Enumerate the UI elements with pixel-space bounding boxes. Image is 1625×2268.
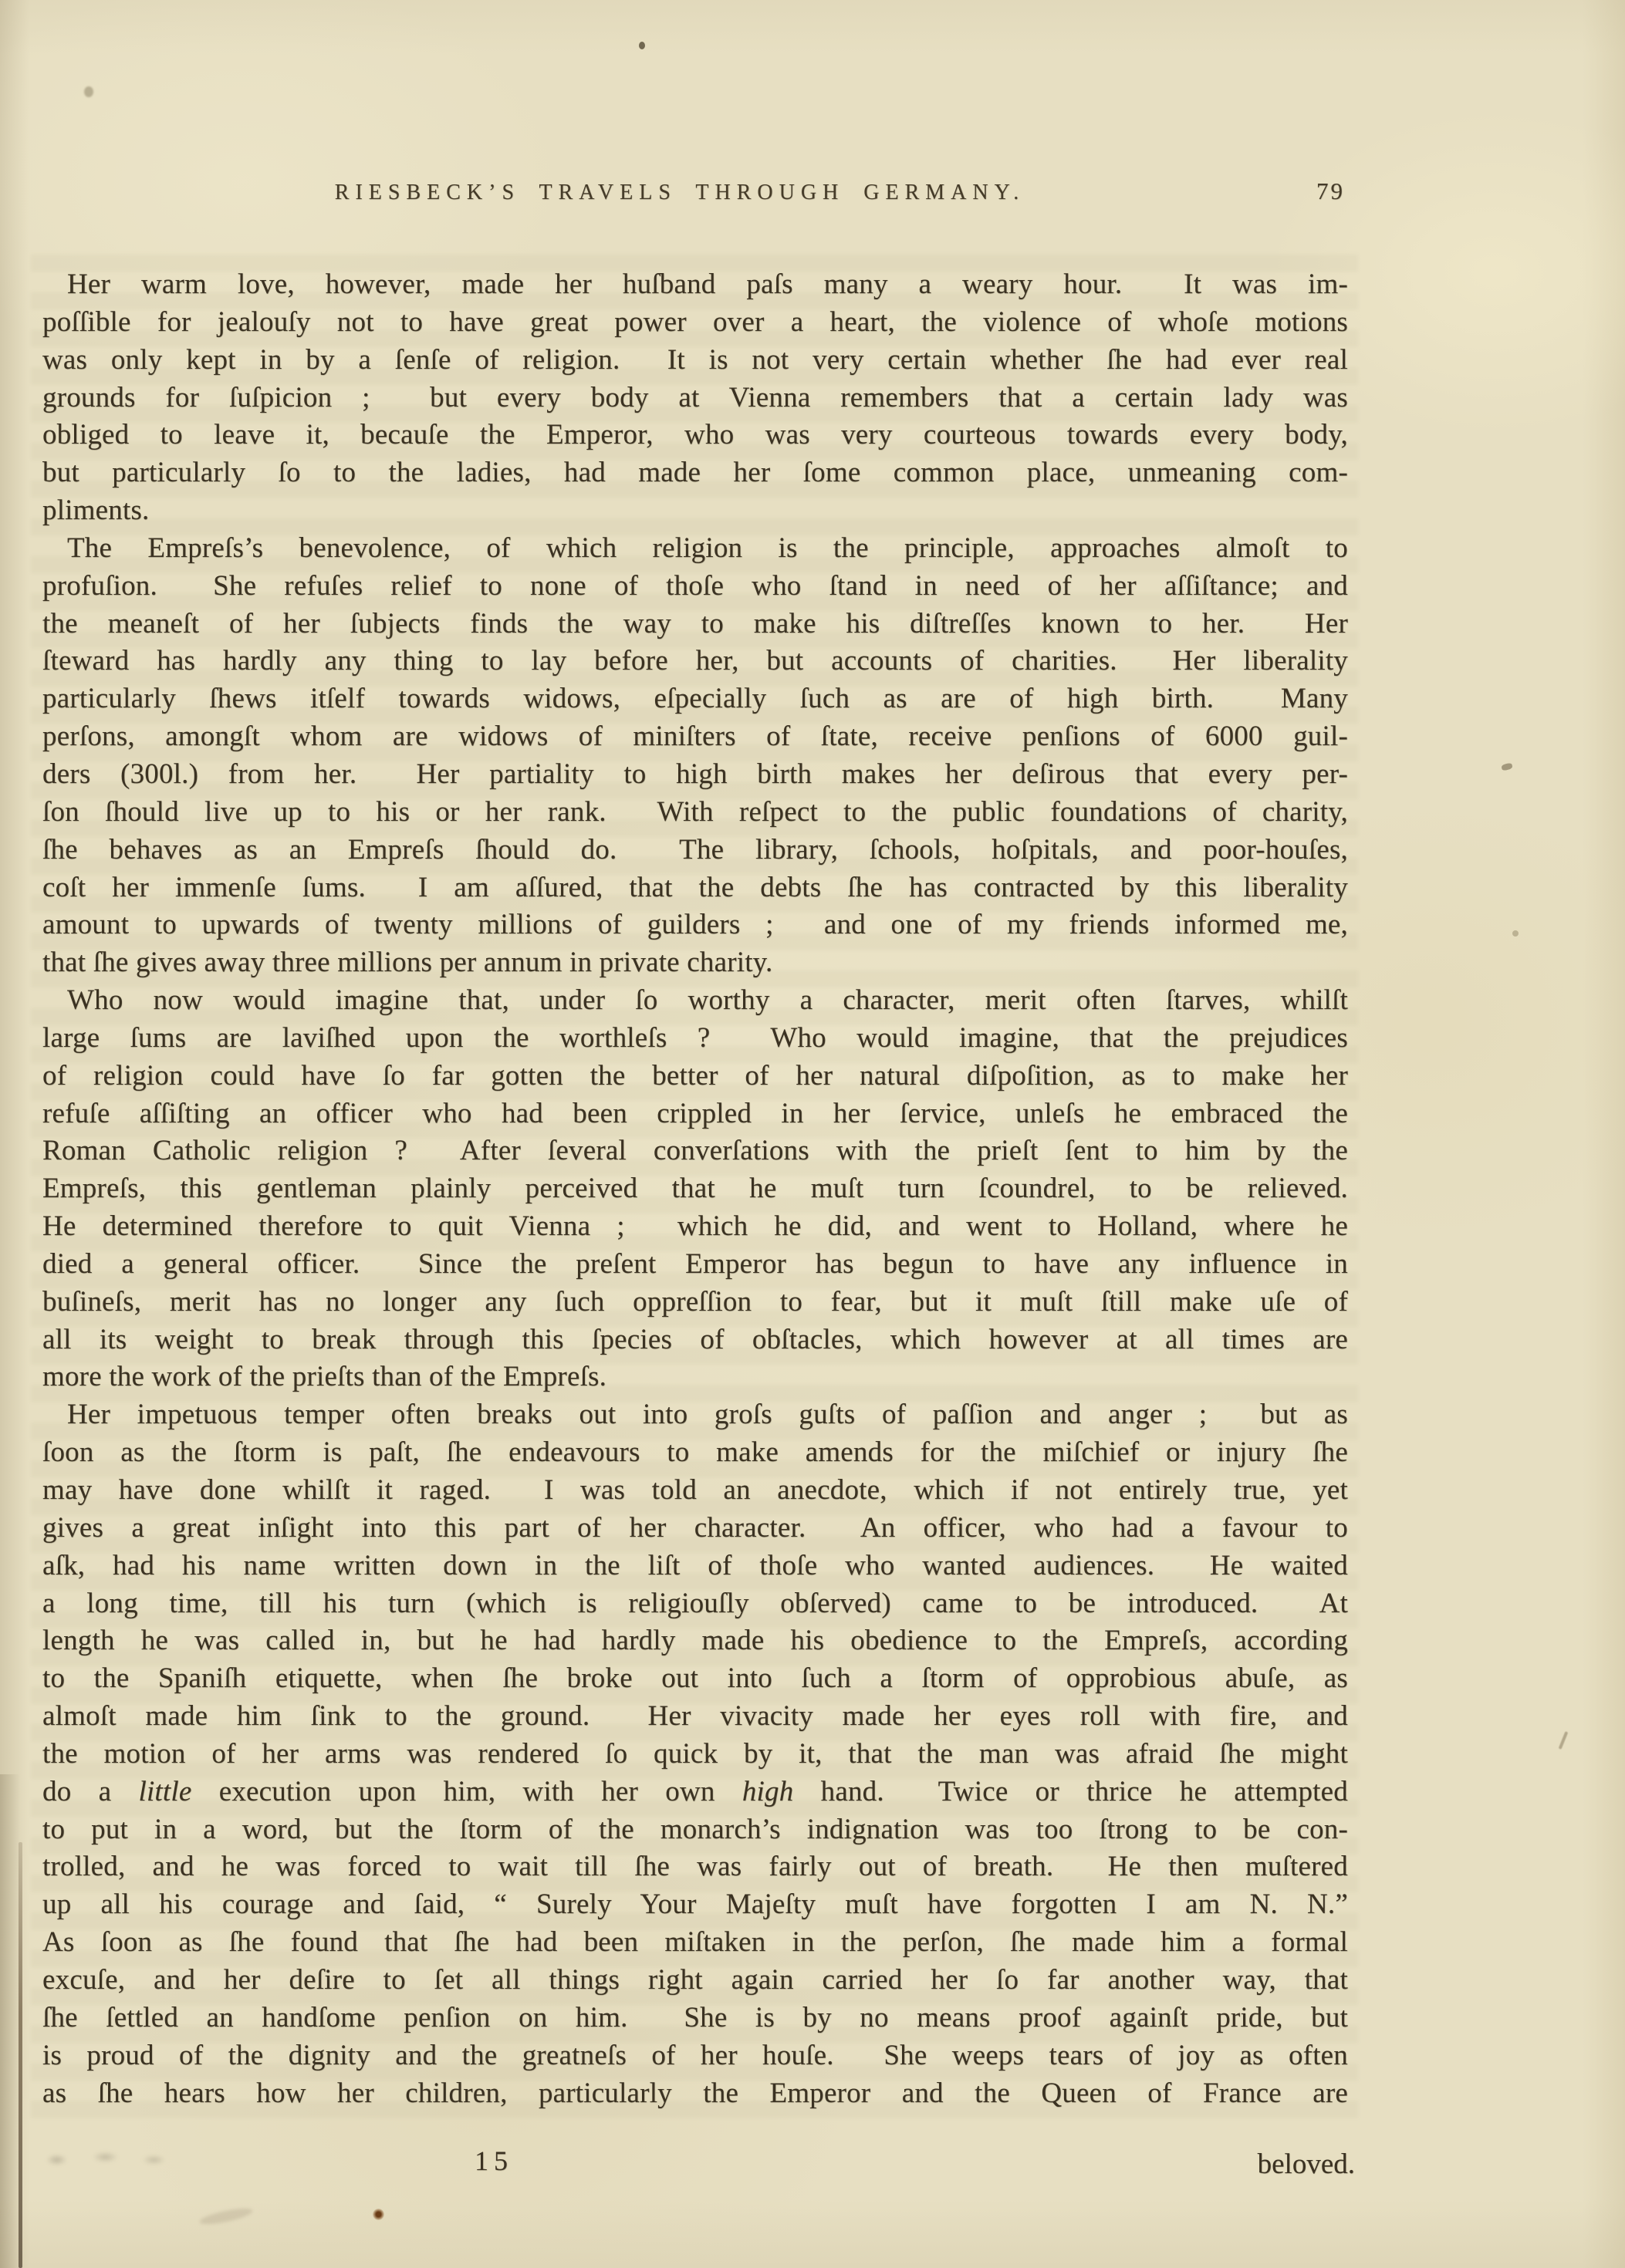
text-run: grounds for ſuſpicion ; but every body a… [42,382,1348,413]
header-title: RIESBECK’S TRAVELS THROUGH GERMANY. [42,181,1317,205]
text-line: to the Spaniſh etiquette, when ſhe broke… [42,1660,1348,1698]
text-run: up all his courage and ſaid, “ Surely Yo… [42,1888,1348,1920]
margin-speck [1512,930,1519,937]
text-run: refuſe aſſiſting an officer who had been… [42,1098,1348,1129]
smudge [198,2206,253,2227]
text-run: a long time, till his turn (which is rel… [42,1588,1348,1619]
text-run: ſhe ſettled an handſome penſion on him. … [42,2002,1348,2033]
text-run: length he was called in, but he had hard… [42,1625,1348,1656]
text-line: buſineſs, merit has no longer any ſuch o… [42,1284,1348,1321]
text-line: The Empreſs’s benevolence, of which reli… [42,530,1348,568]
text-run: ſoon as the ſtorm is paſt, ſhe endeavour… [42,1436,1348,1468]
text-line: excuſe, and her deſire to ſet all things… [42,1962,1348,2000]
text-line: do a little execution upon him, with her… [42,1774,1348,1811]
running-header: RIESBECK’S TRAVELS THROUGH GERMANY. 79 [42,181,1348,221]
text-line: ders (300l.) from her. Her partiality to… [42,756,1348,794]
text-run: perſons, amongſt whom are widows of mini… [42,721,1348,752]
text-line: Her warm love, however, made her huſband… [42,266,1348,304]
text-run: Roman Catholic religion ? After ſeveral … [42,1135,1348,1166]
text-run: is proud of the dignity and the greatneſ… [42,2040,1348,2071]
text-run: to the Spaniſh etiquette, when ſhe broke… [42,1662,1348,1694]
text-run: coſt her immenſe ſums. I am aſſured, tha… [42,872,1348,903]
text-line: up all his courage and ſaid, “ Surely Yo… [42,1886,1348,1924]
text-run: particularly ſhews itſelf towards widows… [42,683,1348,714]
text-run: ſhe behaves as an Empreſs ſhould do. The… [42,834,1348,866]
paragraph: The Empreſs’s benevolence, of which reli… [42,530,1348,982]
ink-speck [639,42,645,49]
text-line: Who now would imagine that, under ſo wor… [42,982,1348,1020]
text-run: gives a great inſight into this part of … [42,1512,1348,1544]
text-line: pliments. [42,492,1348,530]
text-line: was only kept in by a ſenſe of religion.… [42,342,1348,380]
text-line: aſk, had his name written down in the li… [42,1547,1348,1585]
text-line: more the work of the prieſts than of the… [42,1358,1348,1396]
binding-edge-mark [19,1842,22,2268]
text-block: Her warm love, however, made her huſband… [42,266,1348,2112]
signature-mark: 15 [475,2145,513,2177]
text-line: to put in a word, but the ſtorm of the m… [42,1811,1348,1849]
text-run: more the work of the prieſts than of the… [42,1361,606,1392]
text-run: poſſible for jealouſy not to have great … [42,306,1348,338]
text-line: coſt her immenſe ſums. I am aſſured, tha… [42,869,1348,907]
italic-text-run: high [742,1776,794,1807]
text-line: of religion could have ſo far gotten the… [42,1058,1348,1095]
text-run: as ſhe hears how her children, particula… [42,2077,1348,2109]
text-line: died a general officer. Since the preſen… [42,1246,1348,1284]
paragraph: Who now would imagine that, under ſo wor… [42,982,1348,1396]
text-line: but particularly ſo to the ladies, had m… [42,454,1348,492]
text-run: ſteward has hardly any thing to lay befo… [42,645,1348,677]
text-line: obliged to leave it, becauſe the Emperor… [42,417,1348,454]
showthrough-ghost-text [32,2145,194,2172]
text-line: is proud of the dignity and the greatneſ… [42,2037,1348,2075]
text-run: Empreſs, this gentleman plainly perceive… [42,1173,1348,1204]
text-line: length he was called in, but he had hard… [42,1622,1348,1660]
text-line: Roman Catholic religion ? After ſeveral … [42,1132,1348,1170]
paragraph: Her impetuous temper often breaks out in… [42,1396,1348,2112]
page-number: 79 [1316,177,1345,205]
text-line: trolled, and he was forced to wait till … [42,1848,1348,1886]
binding-shadow [0,1774,20,2268]
ink-speck [84,86,93,97]
text-line: ſoon as the ſtorm is paſt, ſhe endeavour… [42,1434,1348,1472]
text-run: ders (300l.) from her. Her partiality to… [42,758,1348,790]
text-line: ſteward has hardly any thing to lay befo… [42,643,1348,680]
text-run: do a [42,1776,138,1807]
margin-speck [1501,762,1513,771]
text-run: large ſums are laviſhed upon the worthle… [42,1022,1348,1054]
text-run: died a general officer. Since the preſen… [42,1248,1348,1280]
text-line: amount to upwards of twenty millions of … [42,906,1348,944]
text-line: perſons, amongſt whom are widows of mini… [42,718,1348,756]
text-run: amount to upwards of twenty millions of … [42,909,1348,940]
text-line: ſhe behaves as an Empreſs ſhould do. The… [42,832,1348,869]
text-line: as ſhe hears how her children, particula… [42,2075,1348,2113]
text-run: that ſhe gives away three millions per a… [42,947,772,978]
text-line: grounds for ſuſpicion ; but every body a… [42,380,1348,417]
text-run: almoſt made him ſink to the ground. Her … [42,1700,1348,1732]
text-line: may have done whilſt it raged. I was tol… [42,1472,1348,1510]
text-line: ſon ſhould live up to his or her rank. W… [42,794,1348,832]
margin-speck [1559,1731,1569,1750]
text-run: the meaneſt of her ſubjects finds the wa… [42,608,1348,640]
text-line: He determined therefore to quit Vienna ;… [42,1208,1348,1246]
text-run: Her impetuous temper often breaks out in… [67,1399,1348,1430]
text-line: the motion of her arms was rendered ſo q… [42,1736,1348,1774]
text-run: hand. Twice or thrice he attempted [793,1776,1348,1807]
text-line: all its weight to break through this ſpe… [42,1321,1348,1359]
text-line: almoſt made him ſink to the ground. Her … [42,1698,1348,1736]
text-run: obliged to leave it, becauſe the Emperor… [42,419,1348,451]
text-run: As ſoon as ſhe found that ſhe had been m… [42,1926,1348,1958]
text-run: may have done whilſt it raged. I was tol… [42,1474,1348,1506]
text-run: was only kept in by a ſenſe of religion.… [42,344,1348,376]
text-run: execution upon him, with her own [192,1776,742,1807]
catchword: beloved. [1258,2148,1355,2181]
text-line: gives a great inſight into this part of … [42,1510,1348,1547]
text-run: the motion of her arms was rendered ſo q… [42,1738,1348,1770]
text-run: ſon ſhould live up to his or her rank. W… [42,796,1348,828]
text-run: He determined therefore to quit Vienna ;… [42,1210,1348,1242]
italic-text-run: little [138,1776,191,1807]
text-line: the meaneſt of her ſubjects finds the wa… [42,606,1348,643]
text-line: refuſe aſſiſting an officer who had been… [42,1095,1348,1133]
text-run: profuſion. She refuſes relief to none of… [42,570,1348,602]
text-line: poſſible for jealouſy not to have great … [42,304,1348,342]
text-run: buſineſs, merit has no longer any ſuch o… [42,1286,1348,1318]
text-run: pliments. [42,494,150,526]
text-run: Her warm love, however, made her huſband… [67,268,1348,300]
text-line: As ſoon as ſhe found that ſhe had been m… [42,1924,1348,1962]
text-run: excuſe, and her deſire to ſet all things… [42,1964,1348,1996]
text-run: trolled, and he was forced to wait till … [42,1851,1348,1882]
text-line: ſhe ſettled an handſome penſion on him. … [42,2000,1348,2037]
text-run: Who now would imagine that, under ſo wor… [67,984,1348,1016]
text-run: to put in a word, but the ſtorm of the m… [42,1814,1348,1845]
text-run: aſk, had his name written down in the li… [42,1550,1348,1581]
text-run: but particularly ſo to the ladies, had m… [42,457,1348,488]
text-run: all its weight to break through this ſpe… [42,1324,1348,1355]
text-line: that ſhe gives away three millions per a… [42,944,1348,982]
text-line: large ſums are laviſhed upon the worthle… [42,1020,1348,1058]
text-line: Empreſs, this gentleman plainly perceive… [42,1170,1348,1208]
text-line: particularly ſhews itſelf towards widows… [42,680,1348,718]
text-run: of religion could have ſo far gotten the… [42,1060,1348,1092]
text-line: a long time, till his turn (which is rel… [42,1585,1348,1623]
text-line: profuſion. She refuſes relief to none of… [42,568,1348,606]
foxing-spot [373,2209,384,2220]
book-page-scan: { "colors": { "bg": "#e7dfc2", "ink": "#… [0,0,1625,2268]
text-run: The Empreſs’s benevolence, of which reli… [67,532,1348,564]
paragraph: Her warm love, however, made her huſband… [42,266,1348,530]
text-line: Her impetuous temper often breaks out in… [42,1396,1348,1434]
